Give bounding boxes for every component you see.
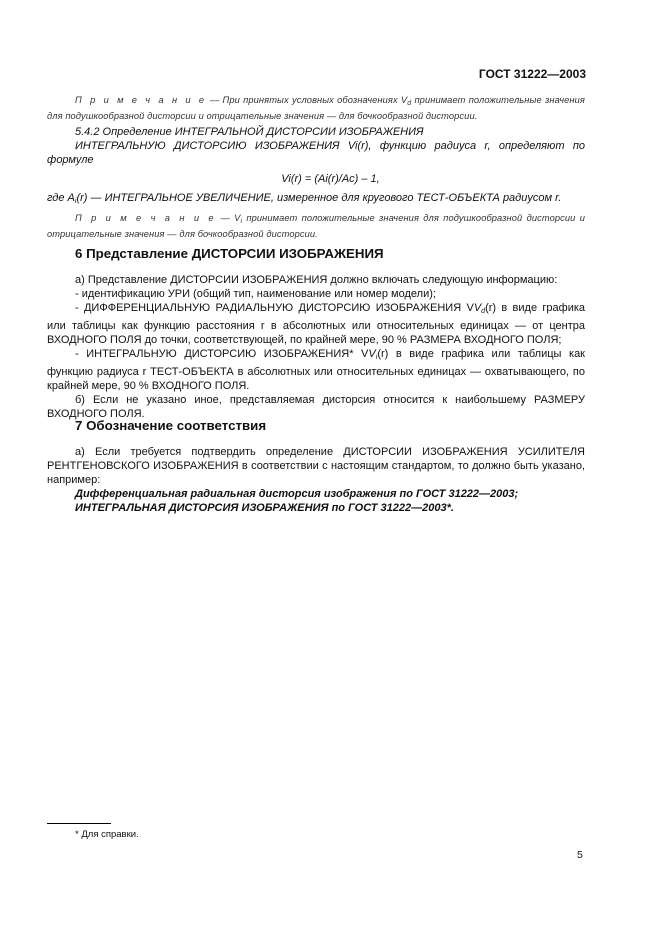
section-6-item-a: а) Представление ДИСТОРСИИ ИЗОБРАЖЕНИЯ д…: [47, 273, 585, 287]
formula-explanation: где Ai(r) — ИНТЕГРАЛЬНОЕ УВЕЛИЧЕНИЕ, изм…: [47, 191, 597, 209]
section-7-example-1: Дифференциальная радиальная дисторсия из…: [47, 487, 585, 501]
footnote: * Для справки.: [75, 829, 139, 840]
section-6-item-differential: - ДИФФЕРЕНЦИАЛЬНУЮ РАДИАЛЬНУЮ ДИСТОРСИЮ …: [47, 301, 585, 347]
section-7-heading: 7 Обозначение соответствия: [75, 418, 266, 433]
section-6-item-identification: - идентификацию УРИ (общий тип, наименов…: [47, 287, 585, 301]
subsection-title-5-4-2: 5.4.2 Определение ИНТЕГРАЛЬНОЙ ДИСТОРСИИ…: [75, 125, 423, 139]
section-7-item-a: а) Если требуется подтвердить определени…: [47, 445, 585, 487]
footnote-divider: [47, 823, 111, 824]
document-header-id: ГОСТ 31222—2003: [479, 67, 586, 81]
section-6-heading: 6 Представление ДИСТОРСИИ ИЗОБРАЖЕНИЯ: [75, 246, 384, 261]
note-label: П р и м е ч а н и е: [75, 95, 207, 105]
formula: Vi(r) = (Ai(r)/Ac) – 1,: [0, 172, 661, 186]
page-number: 5: [577, 849, 583, 861]
note-integral-sign: П р и м е ч а н и е — Vi принимает полож…: [47, 212, 585, 241]
section-7-example-2: ИНТЕГРАЛЬНАЯ ДИСТОРСИЯ ИЗОБРАЖЕНИЯ по ГО…: [47, 501, 585, 515]
section-6-body: а) Представление ДИСТОРСИИ ИЗОБРАЖЕНИЯ д…: [47, 273, 585, 421]
section-6-item-integral: - ИНТЕГРАЛЬНУЮ ДИСТОРСИЮ ИЗОБРАЖЕНИЯ* VV…: [47, 347, 585, 393]
note-differential-sign: П р и м е ч а н и е — При принятых услов…: [47, 94, 585, 123]
subsection-paragraph: ИНТЕГРАЛЬНУЮ ДИСТОРСИЮ ИЗОБРАЖЕНИЯ Vi(r)…: [47, 139, 585, 167]
section-7-body: а) Если требуется подтвердить определени…: [47, 445, 585, 515]
section-6-item-b: б) Если не указано иное, представляемая …: [47, 393, 585, 421]
